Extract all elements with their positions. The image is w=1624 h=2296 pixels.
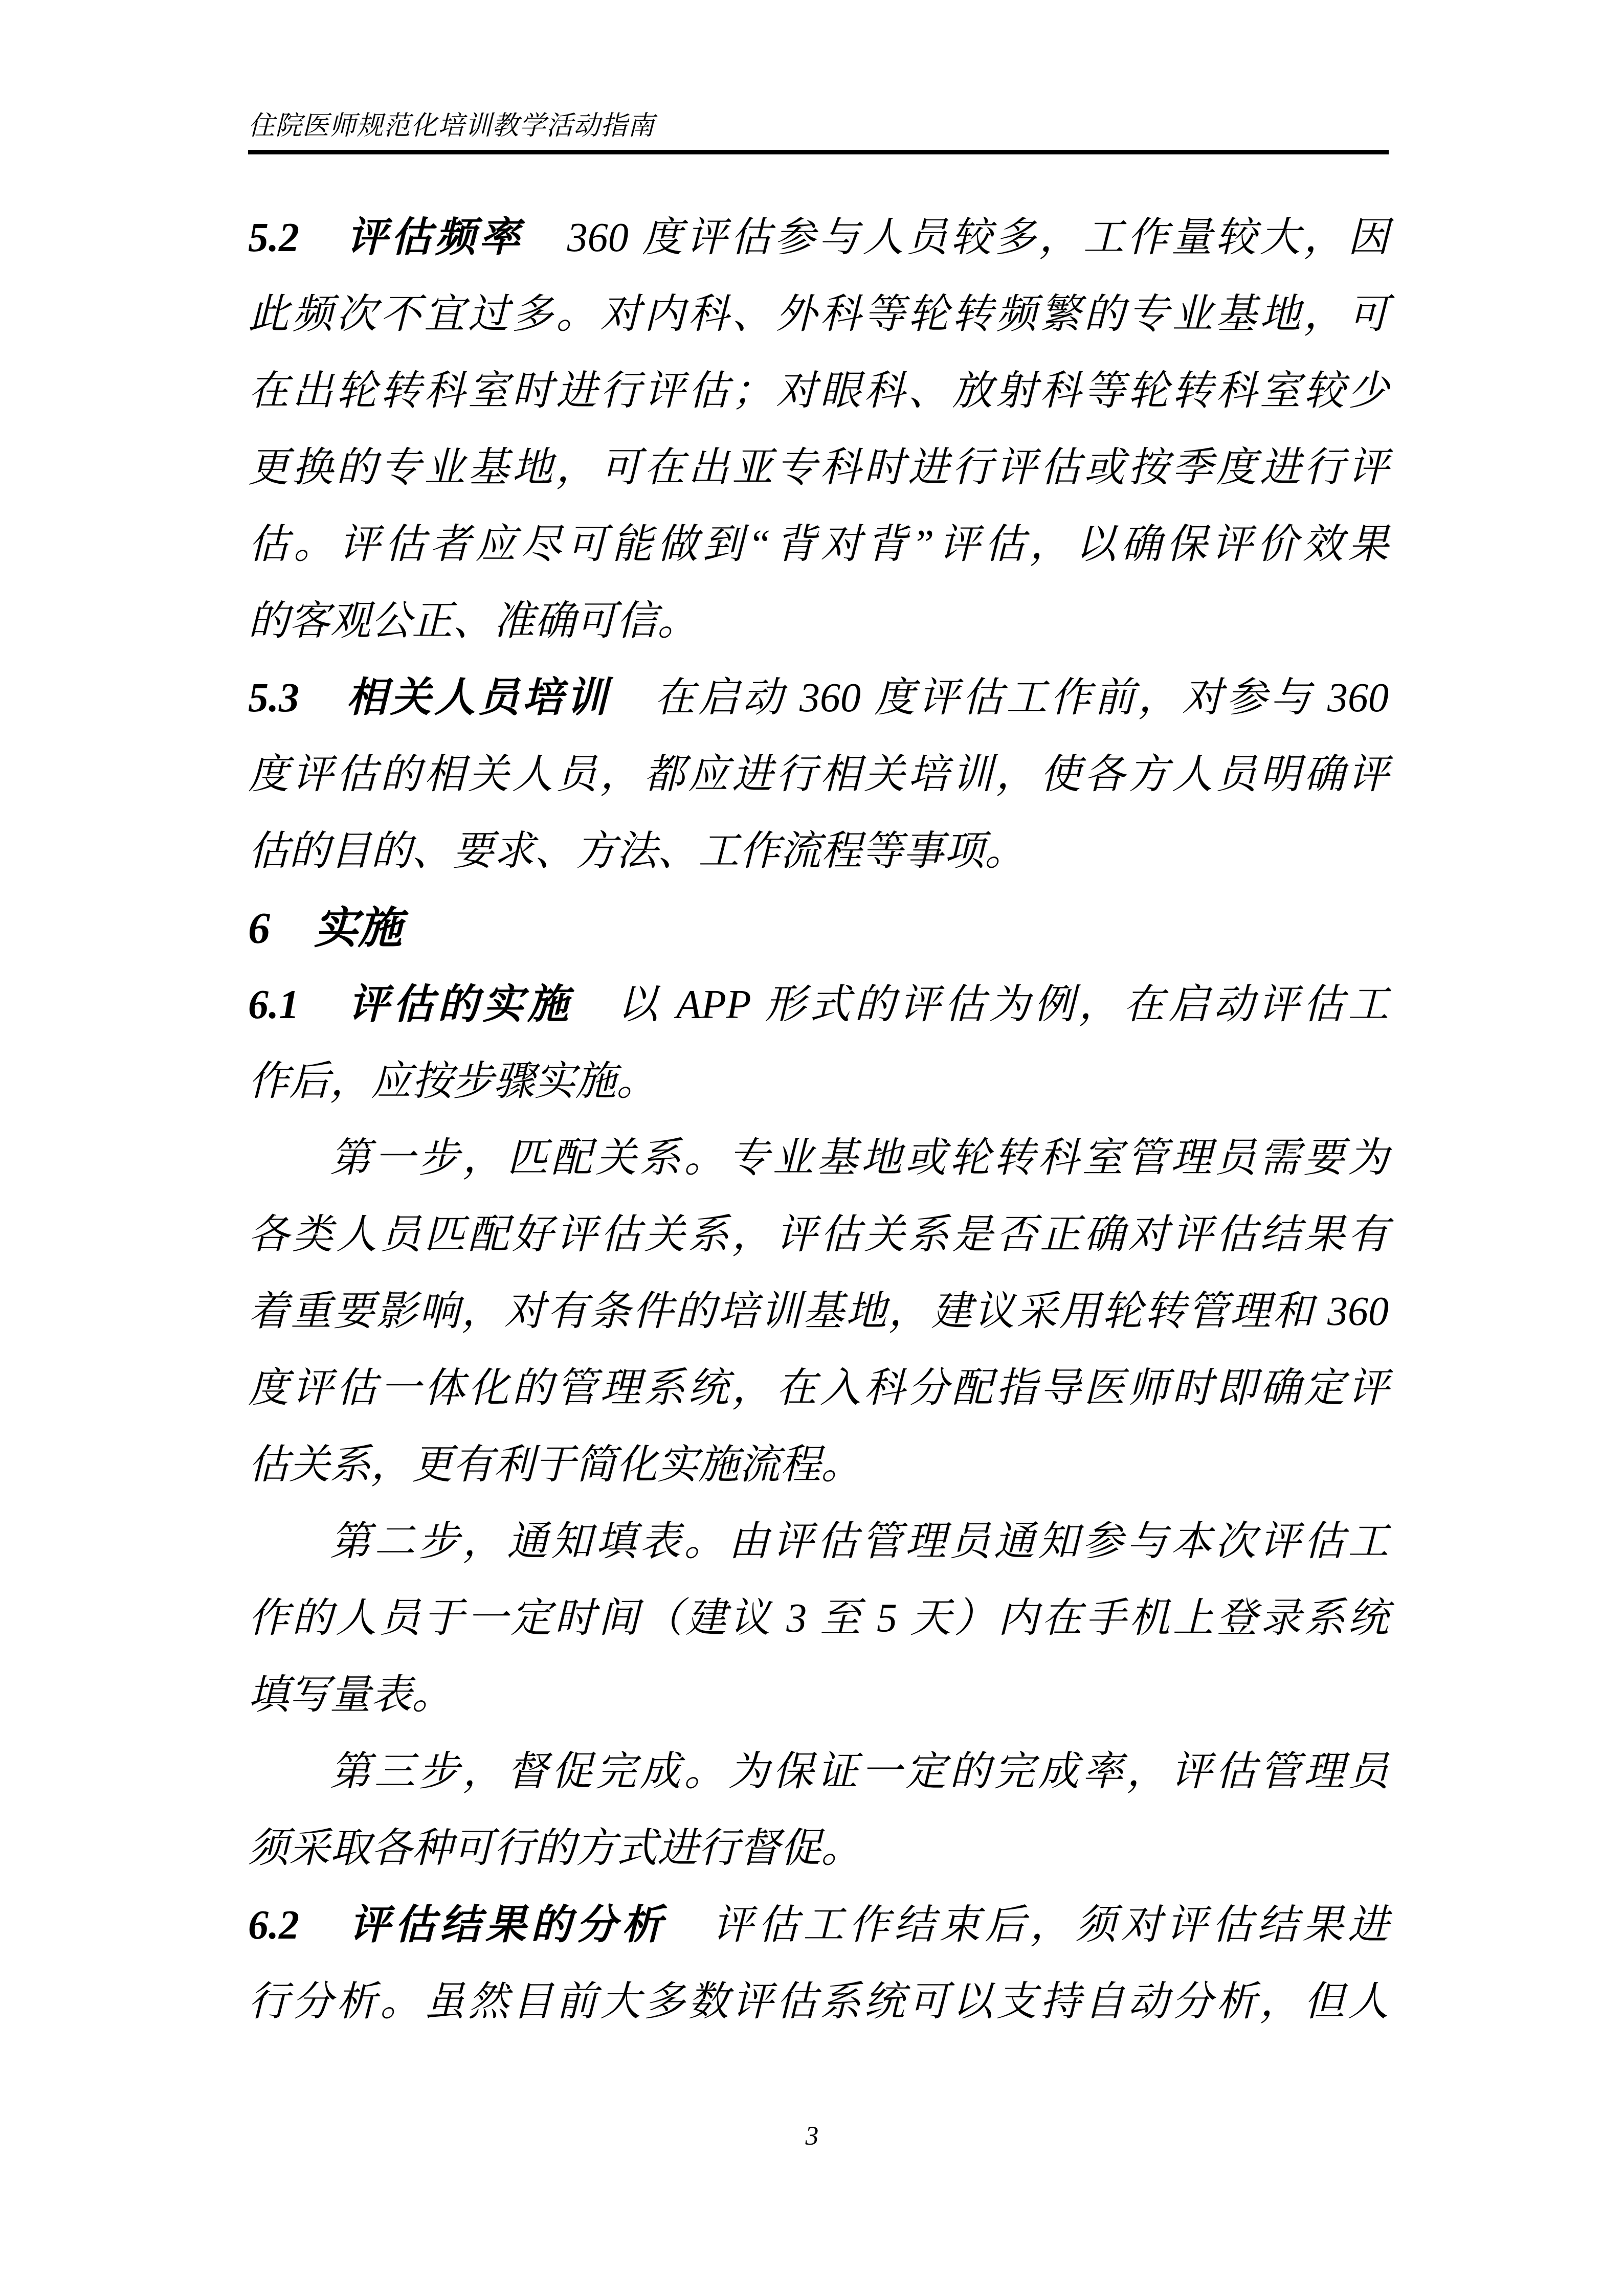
- text-segment: 此频次不宜过多。对内科、外科等轮转频繁的专业基地，可: [248, 292, 1389, 337]
- text-line: 更换的专业基地，可在出亚专科时进行评估或按季度进行评: [248, 430, 1389, 506]
- text-segment: 第二步，通知填表。由评估管理员通知参与本次评估工: [330, 1519, 1389, 1564]
- text-line: 作的人员于一定时间（建议 3 至 5 天）内在手机上登录系统: [248, 1580, 1389, 1657]
- text-segment: 作后，应按步骤实施。: [248, 1059, 657, 1104]
- text-segment: 第一步，匹配关系。专业基地或轮转科室管理员需要为: [330, 1136, 1389, 1181]
- text-line: 第二步，通知填表。由评估管理员通知参与本次评估工: [248, 1503, 1389, 1580]
- text-segment: 作的人员于一定时间（建议 3 至 5 天）内在手机上登录系统: [248, 1596, 1389, 1641]
- text-line: 估。评估者应尽可能做到“背对背”评估，以确保评价效果: [248, 506, 1389, 583]
- text-line: 着重要影响，对有条件的培训基地，建议采用轮转管理和 360: [248, 1273, 1389, 1350]
- text-line: 在出轮转科室时进行评估；对眼科、放射科等轮转科室较少: [248, 353, 1389, 430]
- text-segment: 估的目的、要求、方法、工作流程等事项。: [248, 829, 1026, 874]
- text-line: 度评估的相关人员，都应进行相关培训，使各方人员明确评: [248, 736, 1389, 813]
- text-line: 6.2 评估结果的分析 评估工作结束后，须对评估结果进: [248, 1887, 1389, 1964]
- text-line: 的客观公正、准确可信。: [248, 583, 1389, 660]
- bold-text-segment: 5.2 评估频率: [248, 215, 523, 260]
- text-line: 填写量表。: [248, 1657, 1389, 1734]
- text-segment: 在启动 360 度评估工作前，对参与 360: [610, 676, 1389, 721]
- text-segment: 各类人员匹配好评估关系，评估关系是否正确对评估结果有: [248, 1212, 1389, 1257]
- text-segment: 以 APP 形式的评估为例，在启动评估工: [572, 982, 1389, 1027]
- text-line: 各类人员匹配好评估关系，评估关系是否正确对评估结果有: [248, 1197, 1389, 1273]
- text-line: 估的目的、要求、方法、工作流程等事项。: [248, 813, 1389, 890]
- document-page: 住院医师规范化培训教学活动指南 5.2 评估频率 360 度评估参与人员较多，工…: [0, 0, 1624, 2296]
- text-segment: 须采取各种可行的方式进行督促。: [248, 1826, 862, 1871]
- text-segment: 评估工作结束后，须对评估结果进: [667, 1903, 1389, 1948]
- text-segment: 填写量表。: [248, 1673, 453, 1718]
- bold-text-segment: 6 实施: [248, 904, 402, 953]
- text-segment: 估。评估者应尽可能做到“背对背”评估，以确保评价效果: [248, 522, 1389, 567]
- document-body: 5.2 评估频率 360 度评估参与人员较多，工作量较大，因此频次不宜过多。对内…: [248, 199, 1389, 2040]
- text-line: 此频次不宜过多。对内科、外科等轮转频繁的专业基地，可: [248, 276, 1389, 353]
- text-line: 6.1 评估的实施 以 APP 形式的评估为例，在启动评估工: [248, 966, 1389, 1043]
- text-segment: 着重要影响，对有条件的培训基地，建议采用轮转管理和 360: [248, 1289, 1389, 1334]
- text-segment: 估关系，更有利于简化实施流程。: [248, 1443, 862, 1488]
- bold-text-segment: 5.3 相关人员培训: [248, 676, 610, 721]
- page-header-title: 住院医师规范化培训教学活动指南: [248, 111, 1389, 141]
- bold-text-segment: 6.2 评估结果的分析: [248, 1903, 667, 1948]
- text-line: 作后，应按步骤实施。: [248, 1043, 1389, 1120]
- text-segment: 360 度评估参与人员较多，工作量较大，因: [523, 215, 1389, 260]
- text-segment: 更换的专业基地，可在出亚专科时进行评估或按季度进行评: [248, 445, 1389, 490]
- section-heading: 6 实施: [248, 890, 1389, 966]
- text-line: 须采取各种可行的方式进行督促。: [248, 1810, 1389, 1887]
- text-segment: 在出轮转科室时进行评估；对眼科、放射科等轮转科室较少: [248, 369, 1389, 414]
- text-segment: 度评估一体化的管理系统，在入科分配指导医师时即确定评: [248, 1366, 1389, 1411]
- text-line: 第一步，匹配关系。专业基地或轮转科室管理员需要为: [248, 1120, 1389, 1197]
- text-line: 5.3 相关人员培训 在启动 360 度评估工作前，对参与 360: [248, 660, 1389, 736]
- text-segment: 度评估的相关人员，都应进行相关培训，使各方人员明确评: [248, 752, 1389, 797]
- text-line: 度评估一体化的管理系统，在入科分配指导医师时即确定评: [248, 1350, 1389, 1427]
- text-segment: 行分析。虽然目前大多数评估系统可以支持自动分析，但人: [248, 1979, 1389, 2024]
- bold-text-segment: 6.1 评估的实施: [248, 982, 572, 1027]
- text-line: 行分析。虽然目前大多数评估系统可以支持自动分析，但人: [248, 1964, 1389, 2040]
- text-line: 第三步，督促完成。为保证一定的完成率，评估管理员: [248, 1734, 1389, 1810]
- text-segment: 的客观公正、准确可信。: [248, 599, 698, 644]
- text-line: 估关系，更有利于简化实施流程。: [248, 1427, 1389, 1503]
- text-segment: 第三步，督促完成。为保证一定的完成率，评估管理员: [330, 1749, 1389, 1794]
- page-number: 3: [0, 2121, 1624, 2152]
- header-divider: [248, 150, 1389, 154]
- text-line: 5.2 评估频率 360 度评估参与人员较多，工作量较大，因: [248, 199, 1389, 276]
